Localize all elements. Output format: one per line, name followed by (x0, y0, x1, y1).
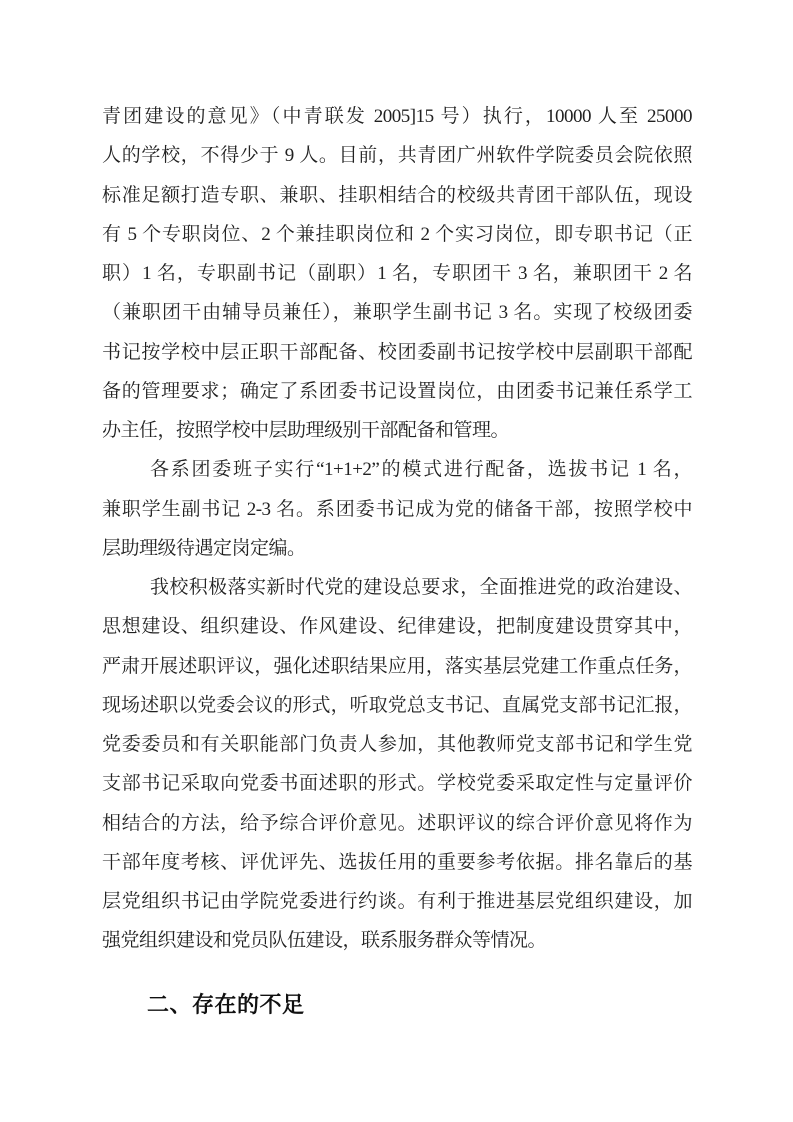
text-line: 思想建设、组织建设、作风建设、纪律建设，把制度建设贯穿其中， (102, 607, 692, 646)
text-line: 人的学校，不得少于 9 人。目前，共青团广州软件学院委员会院依照 (102, 136, 692, 175)
paragraph-1: 青团建设的意见》（中青联发 2005]15 号）执行，10000 人至 2500… (102, 97, 692, 450)
text-line: 兼职学生副书记 2-3 名。系团委书记成为党的储备干部，按照学校中 (102, 490, 692, 529)
text-line: 标准足额打造专职、兼职、挂职相结合的校级共青团干部队伍，现设 (102, 176, 692, 215)
text-line: 干部年度考核、评优评先、选拔任用的重要参考依据。排名靠后的基 (102, 843, 692, 882)
text-line: 强党组织建设和党员队伍建设，联系服务群众等情况。 (102, 921, 692, 960)
text-line: 现场述职以党委会议的形式，听取党总支书记、直属党支部书记汇报， (102, 686, 692, 725)
section-heading: 二、存在的不足 (102, 985, 692, 1025)
text-line: 各系团委班子实行“1+1+2”的模式进行配备，选拔书记 1 名， (102, 450, 692, 489)
document-page: 青团建设的意见》（中青联发 2005]15 号）执行，10000 人至 2500… (0, 0, 793, 1122)
text-line: 党委委员和有关职能部门负责人参加，其他教师党支部书记和学生党 (102, 725, 692, 764)
text-line: 我校积极落实新时代党的建设总要求，全面推进党的政治建设、 (102, 568, 692, 607)
text-line: 层助理级待遇定岗定编。 (102, 529, 692, 568)
text-line: 备的管理要求；确定了系团委书记设置岗位，由团委书记兼任系学工 (102, 372, 692, 411)
text-line: 职）1 名，专职副书记（副职）1 名，专职团干 3 名，兼职团干 2 名 (102, 254, 692, 293)
paragraph-2: 各系团委班子实行“1+1+2”的模式进行配备，选拔书记 1 名， 兼职学生副书记… (102, 450, 692, 568)
text-line: 支部书记采取向党委书面述职的形式。学校党委采取定性与定量评价 (102, 764, 692, 803)
text-line: 书记按学校中层正职干部配备、校团委副书记按学校中层副职干部配 (102, 333, 692, 372)
text-line: 严肃开展述职评议，强化述职结果应用，落实基层党建工作重点任务， (102, 647, 692, 686)
text-line: 青团建设的意见》（中青联发 2005]15 号）执行，10000 人至 2500… (102, 97, 692, 136)
text-line: 层党组织书记由学院党委进行约谈。有利于推进基层党组织建设，加 (102, 882, 692, 921)
paragraph-3: 我校积极落实新时代党的建设总要求，全面推进党的政治建设、 思想建设、组织建设、作… (102, 568, 692, 961)
page-body: 青团建设的意见》（中青联发 2005]15 号）执行，10000 人至 2500… (102, 97, 692, 1025)
text-line: 办主任，按照学校中层助理级别干部配备和管理。 (102, 411, 692, 450)
text-line: （兼职团干由辅导员兼任），兼职学生副书记 3 名。实现了校级团委 (102, 293, 692, 332)
text-line: 相结合的方法，给予综合评价意见。述职评议的综合评价意见将作为 (102, 804, 692, 843)
text-line: 有 5 个专职岗位、2 个兼挂职岗位和 2 个实习岗位，即专职书记（正 (102, 215, 692, 254)
